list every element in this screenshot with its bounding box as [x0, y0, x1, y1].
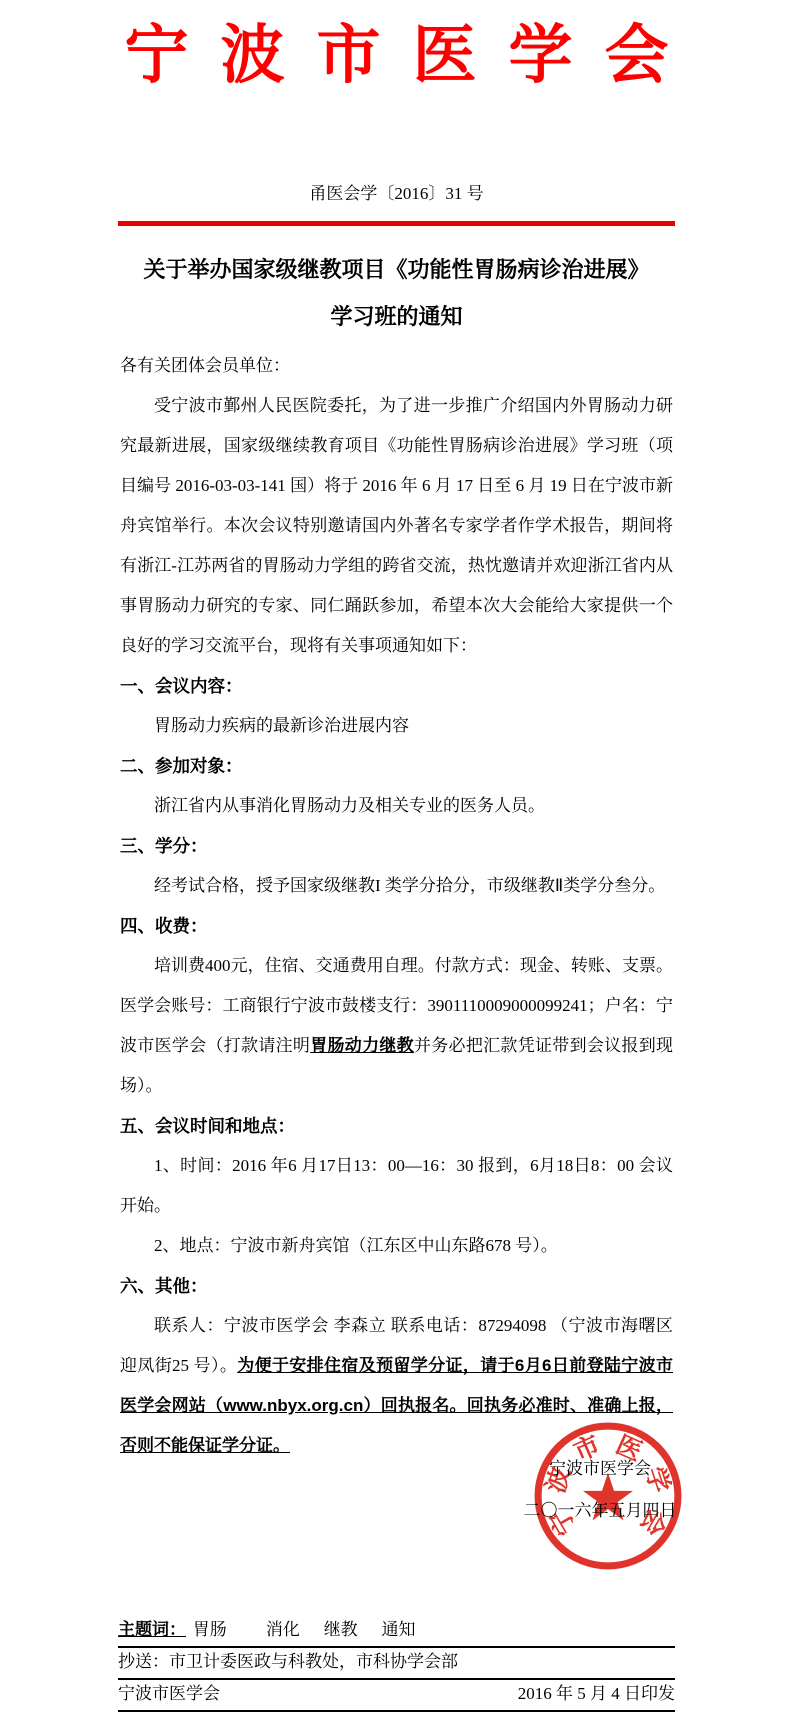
intro-paragraph: 受宁波市鄞州人民医院委托，为了进一步推广介绍国内外胃肠动力研究最新进展，国家级继…	[120, 386, 673, 666]
section-2-body: 浙江省内从事消化胃肠动力及相关专业的医务人员。	[120, 786, 673, 826]
issuer-row: 宁波市医学会 2016 年 5 月 4 日印发	[118, 1680, 675, 1712]
cc-row: 抄送：市卫计委医政与科教处，市科协学会部	[118, 1648, 675, 1680]
section-3-body: 经考试合格，授予国家级继教I 类学分拾分，市级继教Ⅱ类学分叁分。	[120, 866, 673, 906]
doc-title: 关于举办国家级继教项目《功能性胃肠病诊治进展》 学习班的通知	[0, 246, 793, 340]
keyword-4: 通知	[381, 1620, 415, 1639]
official-seal: 宁 波 市 医 学 会	[532, 1420, 684, 1572]
section-5-heading: 五、会议时间和地点：	[120, 1106, 673, 1146]
document-page: 宁波市医学会 甬医会学〔2016〕31 号 关于举办国家级继教项目《功能性胃肠病…	[0, 0, 793, 1712]
keyword-2: 消化	[266, 1620, 300, 1639]
keywords-row: 主题词：胃肠消化继教通知	[118, 1616, 675, 1648]
keyword-3: 继教	[324, 1620, 358, 1639]
section-1-body: 胃肠动力疾病的最新诊治进展内容	[120, 706, 673, 746]
section-3-heading: 三、学分：	[120, 826, 673, 866]
keywords-label: 主题词：	[118, 1620, 186, 1639]
section-4-body: 培训费400元，住宿、交通费用自理。付款方式：现金、转账、支票。医学会账号：工商…	[120, 946, 673, 1106]
section-6-heading: 六、其他：	[120, 1266, 673, 1306]
section-5-item-place: 2、地点：宁波市新舟宾馆（江东区中山东路678 号）。	[120, 1226, 673, 1266]
cc-label: 抄送：	[118, 1652, 169, 1671]
keyword-1: 胃肠	[193, 1620, 227, 1639]
salutation: 各有关团体会员单位：	[120, 346, 673, 386]
cc-value: 市卫计委医政与科教处，市科协学会部	[169, 1652, 458, 1671]
print-date: 2016 年 5 月 4 日印发	[518, 1681, 675, 1707]
section-4-heading: 四、收费：	[120, 906, 673, 946]
section-1-heading: 一、会议内容：	[120, 666, 673, 706]
org-masthead: 宁波市医学会	[0, 8, 793, 103]
doc-number: 甬医会学〔2016〕31 号	[0, 183, 793, 205]
issuer-name: 宁波市医学会	[118, 1681, 220, 1707]
seal-star-icon	[583, 1473, 633, 1521]
red-divider-rule	[118, 221, 675, 226]
doc-title-line2: 学习班的通知	[0, 293, 793, 340]
document-body: 各有关团体会员单位： 受宁波市鄞州人民医院委托，为了进一步推广介绍国内外胃肠动力…	[120, 346, 673, 1466]
fee-text-emphasis: 胃肠动力继教	[310, 1036, 414, 1055]
section-5-item-time: 1、时间：2016 年6 月17日13：00—16：30 报到，6月18日8：0…	[120, 1146, 673, 1226]
footer-block: 主题词：胃肠消化继教通知 抄送：市卫计委医政与科教处，市科协学会部 宁波市医学会…	[118, 1616, 675, 1712]
section-2-heading: 二、参加对象：	[120, 746, 673, 786]
doc-title-line1: 关于举办国家级继教项目《功能性胃肠病诊治进展》	[0, 246, 793, 293]
